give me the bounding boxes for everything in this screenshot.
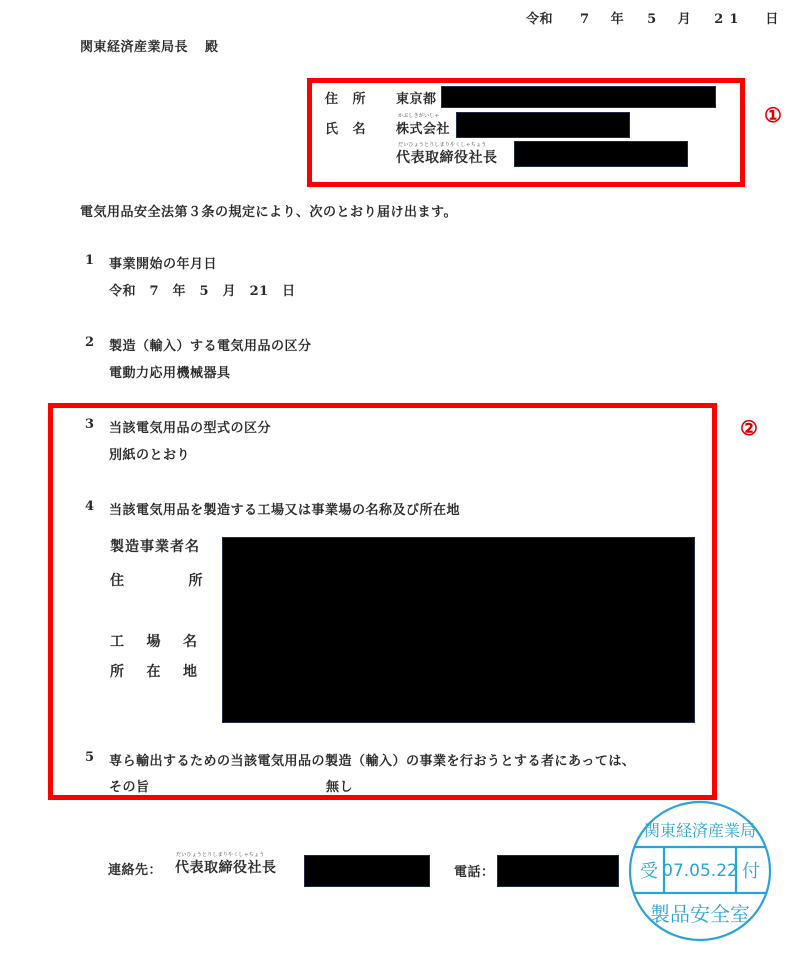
name-label: 氏名 — [325, 118, 366, 137]
phone-label: 電話： — [454, 861, 495, 880]
date-month: 5 — [647, 12, 657, 27]
item-3-number: 3 — [85, 417, 95, 432]
address-label-char: 所 — [353, 92, 367, 107]
item-5-value: 無し — [326, 776, 353, 795]
redacted-factory-details — [222, 537, 695, 723]
reception-stamp: 関東経済産業局 受 07.05.22 付 製品安全室 — [620, 796, 780, 946]
address-label: 住所 — [325, 88, 366, 107]
label-char: 所 — [110, 664, 125, 680]
label-char: 場 — [147, 634, 162, 650]
stamp-department-text: 製品安全室 — [650, 902, 750, 926]
item-2-heading: 製造（輸入）する電気用品の区分 — [109, 335, 312, 354]
label-char: 工 — [110, 634, 125, 650]
label-char: 所 — [189, 573, 204, 589]
addressee-honorific: 殿 — [205, 40, 219, 55]
item-5-sub-label: その旨 — [109, 776, 150, 795]
date-era: 令和 — [526, 8, 553, 27]
date-day: 21 — [714, 12, 744, 27]
item-1-value: 令和 7 年 5 月 21 日 — [109, 280, 296, 299]
item-2-value: 電動力応用機械器具 — [109, 362, 231, 381]
name-label-char: 名 — [353, 122, 367, 137]
factory-name-label: 工場名 — [110, 631, 198, 651]
item-5-number: 5 — [85, 750, 95, 765]
company-prefix: 株式会社 — [396, 118, 450, 137]
redacted-phone-number — [497, 855, 619, 887]
stamp-attached-char: 付 — [742, 861, 760, 882]
label-char: 地 — [183, 664, 198, 680]
representative-title: 代表取締役社長 — [396, 147, 498, 167]
addressee-name: 関東経済産業局長 — [80, 40, 188, 55]
label-char: 住 — [110, 573, 125, 589]
stamp-received-char: 受 — [640, 861, 658, 882]
item-2-number: 2 — [85, 335, 95, 350]
stamp-date: 07.05.22 — [662, 861, 738, 881]
item-1-number: 1 — [85, 253, 95, 268]
date-day-unit: 日 — [765, 8, 779, 27]
item-4-heading: 当該電気用品を製造する工場又は事業場の名称及び所在地 — [109, 499, 460, 518]
redacted-address — [441, 86, 716, 108]
date-year-unit: 年 — [611, 8, 625, 27]
addressee: 関東経済産業局長 殿 — [80, 36, 219, 55]
factory-location-label: 所在地 — [110, 661, 198, 681]
date-month-unit: 月 — [678, 8, 692, 27]
redacted-company-name — [456, 112, 630, 138]
name-label-char: 氏 — [325, 122, 339, 137]
submission-date: 令和 7 年 5 月 21 日 — [526, 8, 779, 27]
address-label-char: 住 — [325, 92, 339, 107]
redacted-representative-name — [514, 141, 688, 167]
item-1-heading: 事業開始の年月日 — [109, 253, 217, 272]
annotation-number-1: ① — [764, 103, 782, 127]
contact-title: 代表取締役社長 — [175, 857, 277, 877]
contact-label: 連絡先： — [108, 859, 162, 878]
manufacturer-label: 製造事業者名 — [110, 536, 200, 556]
label-char: 在 — [147, 664, 162, 680]
stamp-graphic: 関東経済産業局 受 07.05.22 付 製品安全室 — [620, 796, 780, 946]
item-5-heading: 専ら輸出するための当該電気用品の製造（輸入）の事業を行おうとする者にあっては、 — [109, 750, 635, 769]
label-char: 名 — [183, 634, 198, 650]
item-3-heading: 当該電気用品の型式の区分 — [109, 417, 271, 436]
redacted-contact-name — [304, 855, 430, 887]
address-prefix: 東京都 — [396, 88, 437, 107]
annotation-number-2: ② — [740, 416, 758, 440]
stamp-office-text: 関東経済産業局 — [644, 821, 756, 840]
manufacturer-address-label: 住所 — [110, 570, 203, 590]
intro-statement: 電気用品安全法第３条の規定により、次のとおり届け出ます。 — [80, 201, 457, 220]
item-4-number: 4 — [85, 499, 95, 514]
date-year: 7 — [580, 12, 590, 27]
item-3-value: 別紙のとおり — [109, 444, 190, 463]
